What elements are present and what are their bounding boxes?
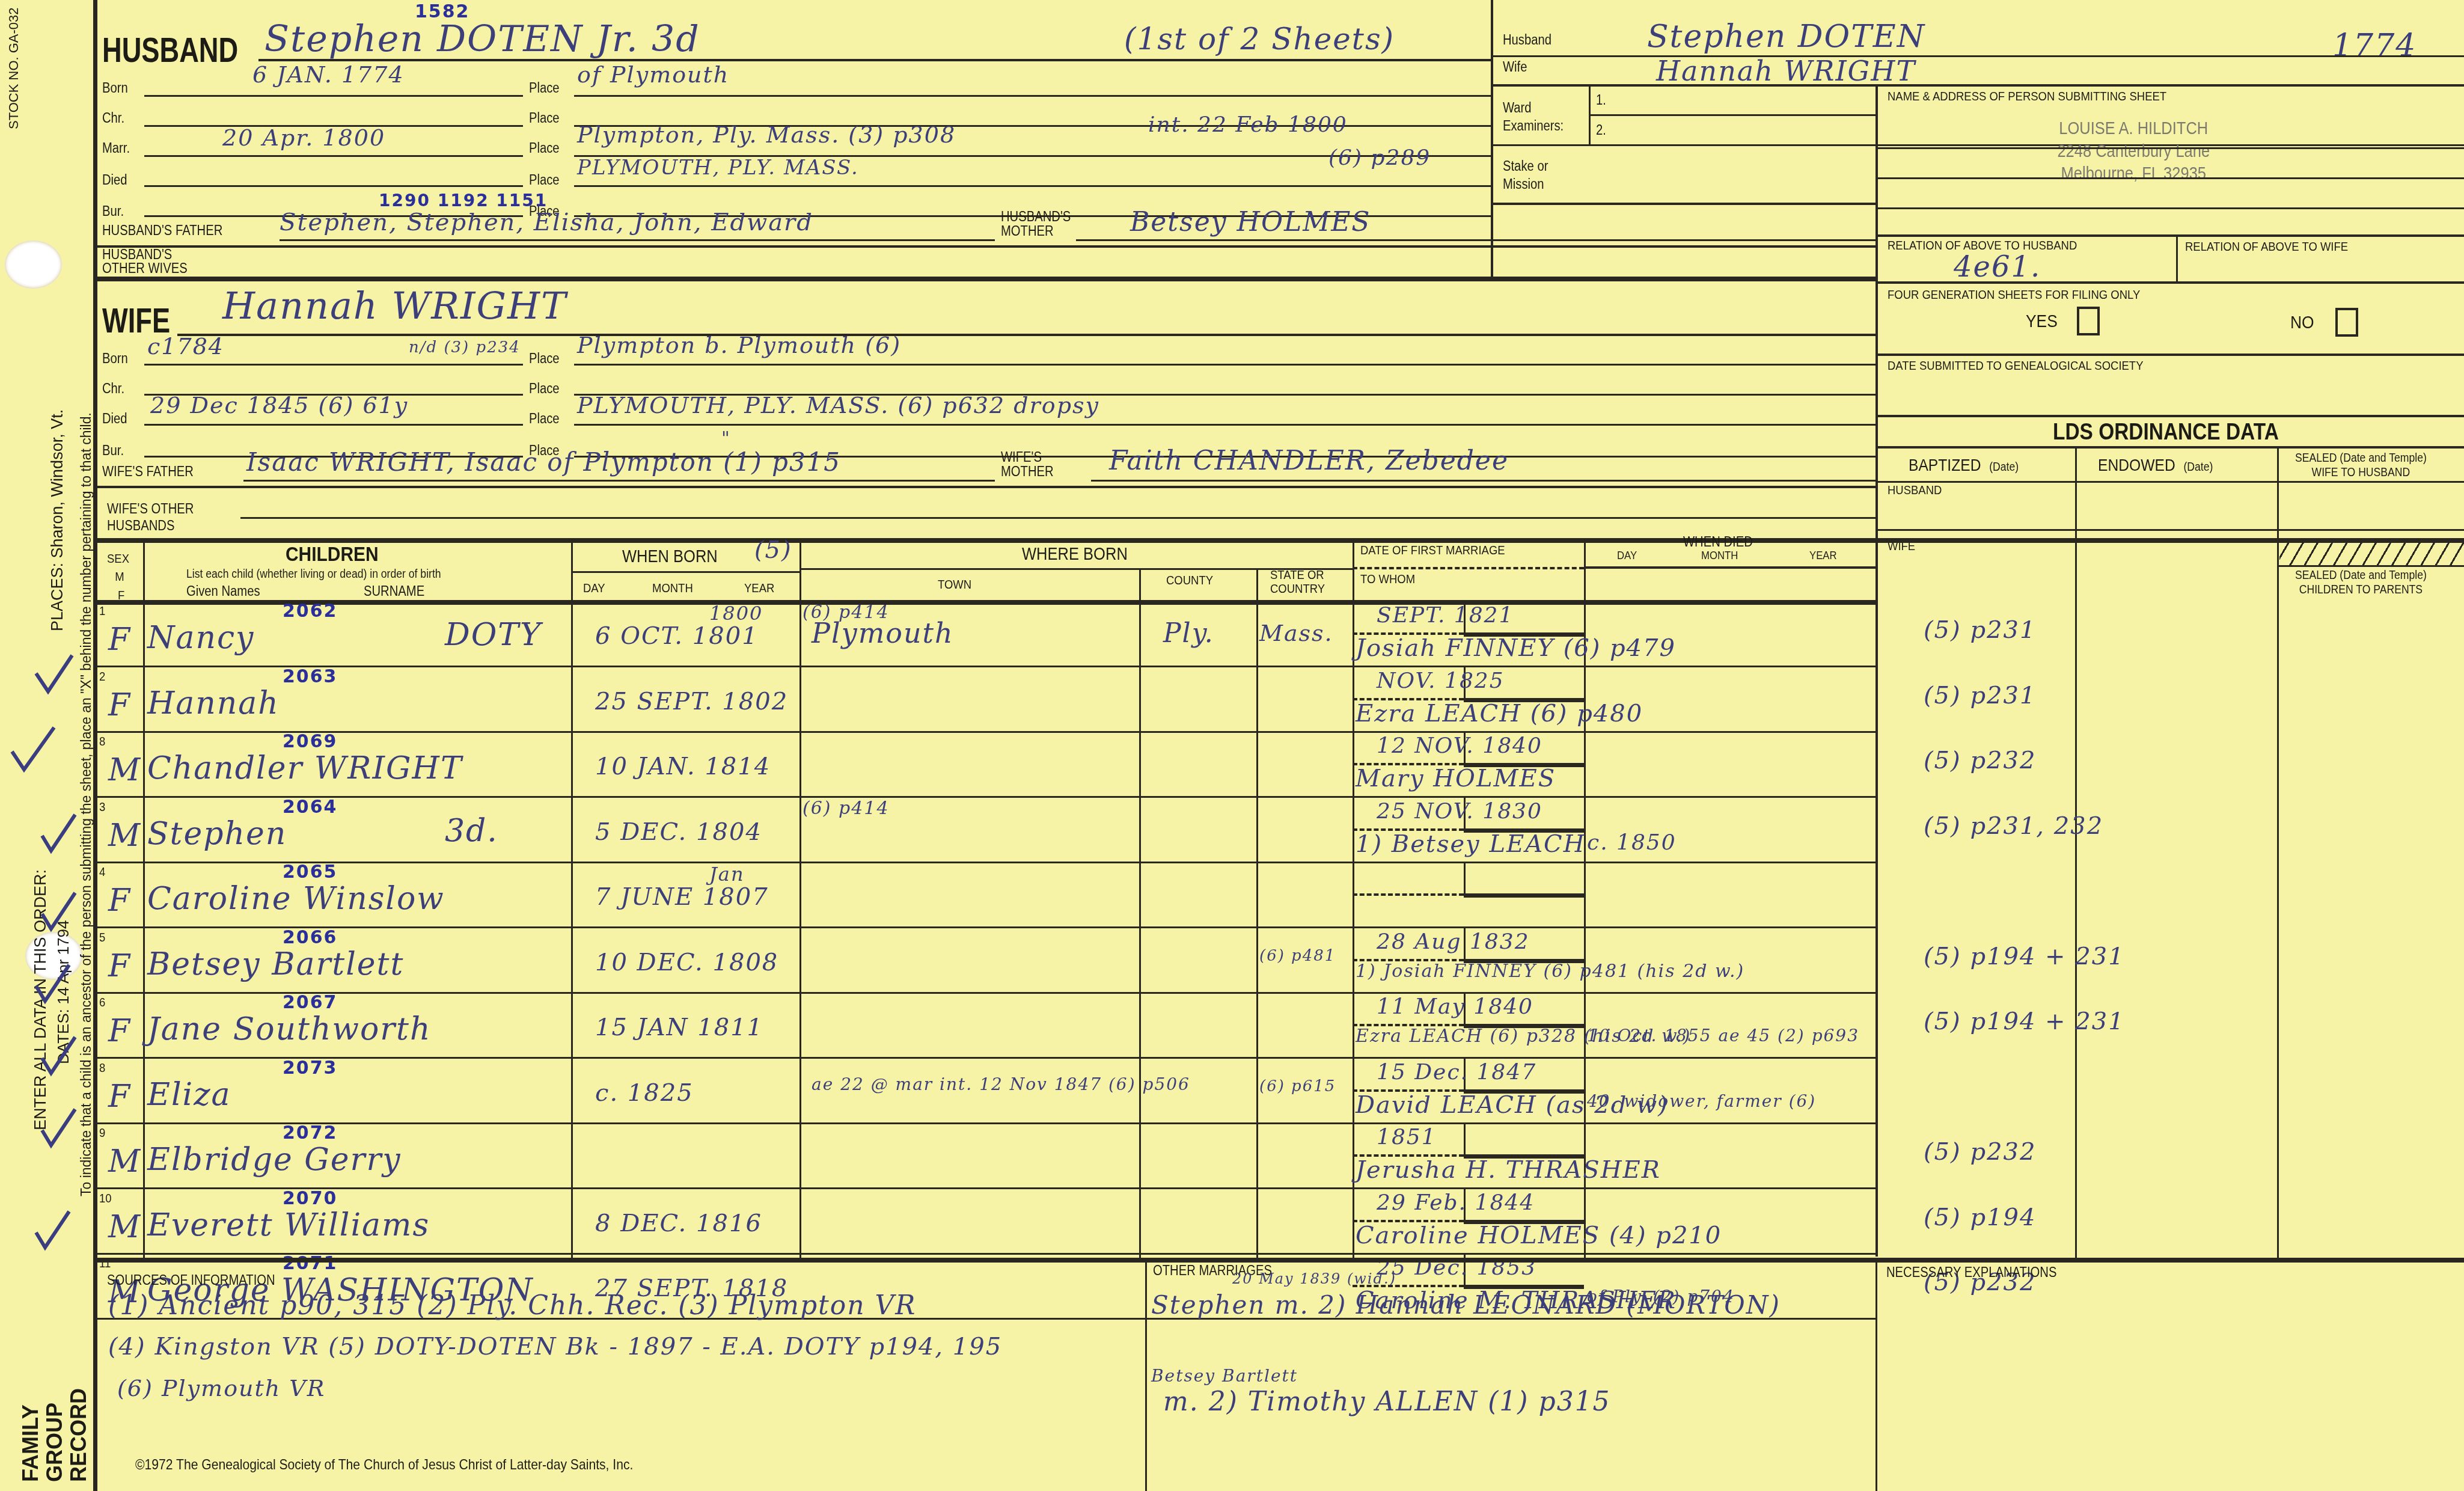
husband-father[interactable]: Stephen, Stephen, Elisha, John, Edward [280, 210, 813, 234]
wife-other-husbands-label: WIFE'S OTHERHUSBANDS [107, 501, 194, 534]
child-sex[interactable]: M [108, 820, 141, 851]
died-day-header: DAY [1617, 550, 1637, 562]
born-year-header: YEAR [744, 582, 774, 595]
sources-line-2[interactable]: (4) Kingston VR (5) DOTY-DOTEN Bk - 1897… [108, 1335, 1002, 1359]
husband-heading: HUSBAND [102, 33, 238, 68]
children-header: CHILDREN [286, 544, 379, 565]
wife-died-label: Died [102, 412, 127, 426]
child-sex[interactable]: F [108, 690, 131, 721]
children-instruction: List each child (whether living or dead)… [186, 568, 441, 580]
wife-died-place[interactable]: PLYMOUTH, PLY. MASS. (6) p632 dropsy [577, 394, 1099, 417]
places-note: PLACES: Sharon, Windsor, Vt. [48, 409, 67, 631]
husband-other-wives-label: HUSBAND'SOTHER WIVES [102, 248, 188, 275]
husband-born-date[interactable]: 6 JAN. 1774 [252, 63, 405, 86]
child-spouse[interactable]: Jerusha H. THRASHER [1356, 1158, 1661, 1182]
child-born-date[interactable]: 6 OCT. 1801 [595, 624, 759, 648]
husband-died-label: Died [102, 173, 127, 187]
child-born-town[interactable]: Plymouth [812, 619, 954, 647]
husband-born-label: Born [102, 81, 128, 95]
child-marriage-date[interactable]: 12 NOV. 1840 [1377, 735, 1542, 757]
child-marriage-date[interactable]: 1851 [1377, 1127, 1437, 1148]
baptized-header: BAPTIZED (Date) [1909, 457, 2019, 474]
child-marriage-date[interactable]: 29 Feb. 1844 [1377, 1192, 1535, 1214]
summary-husband-label: Husband [1503, 33, 1551, 47]
wife-died-date[interactable]: 29 Dec 1845 (6) 61y [150, 394, 408, 417]
child-ordinance-baptized[interactable]: (5) p194 [1924, 1205, 2036, 1229]
child-given-name[interactable]: Nancy [147, 622, 255, 654]
child-number: 4 [99, 866, 105, 878]
born-day-header: DAY [583, 582, 605, 595]
husband-mother-label: HUSBAND'SMOTHER [1001, 209, 1071, 238]
child-ordinance-baptized[interactable]: (5) p231 [1924, 684, 2036, 708]
died-year-header: YEAR [1809, 550, 1837, 562]
husband-marr-note: int. 22 Feb 1800 [1148, 114, 1348, 136]
child-born-county[interactable]: Ply. [1163, 620, 1214, 647]
child-number: 9 [99, 1127, 105, 1139]
child-ordinance-baptized[interactable]: (5) p194 + 231 [1924, 1009, 2125, 1033]
child-number: 2 [99, 670, 105, 683]
child-given-name[interactable]: Betsey Bartlett [147, 949, 404, 980]
when-died-header: WHEN DIED [1683, 535, 1753, 549]
place-label: Place [529, 81, 560, 95]
to-whom-header: TO WHOM [1360, 573, 1415, 586]
child-born-date[interactable]: 8 DEC. 1816 [595, 1211, 762, 1235]
child-born-date[interactable]: 7 JUNE 1807 [595, 885, 769, 909]
child-marriage-date[interactable]: 15 Dec. 1847 [1377, 1062, 1536, 1083]
form-left-border [93, 0, 97, 1491]
submitter-label: NAME & ADDRESS OF PERSON SUBMITTING SHEE… [1888, 90, 2166, 103]
child-born-date[interactable]: 10 DEC. 1808 [595, 951, 778, 975]
child-spouse[interactable]: Ezra LEACH (6) p480 [1356, 702, 1643, 726]
wife-born-date[interactable]: c1784 [147, 335, 224, 358]
other-marriage-2-name: Betsey Bartlett [1151, 1368, 1298, 1385]
surname-header: SURNAME [364, 584, 424, 598]
child-born-alt: Jan [709, 865, 745, 884]
child-born-alt: 1800 [709, 604, 763, 623]
summary-husband-value: Stephen DOTEN [1647, 21, 1925, 52]
stake-mission-label: Stake or Mission [1503, 158, 1548, 194]
child-born-date[interactable]: 5 DEC. 1804 [595, 820, 762, 844]
when-born-header: WHEN BORN [622, 548, 718, 566]
child-sex[interactable]: F [108, 885, 131, 916]
child-born-state[interactable]: Mass. [1259, 622, 1333, 644]
born-month-header: MONTH [652, 582, 693, 595]
summary-wife-label: Wife [1503, 60, 1527, 74]
child-sex[interactable]: M [108, 755, 141, 786]
husband-marr-place[interactable]: Plympton, Ply. Mass. (3) p308 [577, 123, 956, 146]
ward-examiners-label: Ward Examiners: [1503, 99, 1564, 135]
child-born-date[interactable]: 10 JAN. 1814 [595, 755, 771, 779]
ordinance-title: LDS ORDINANCE DATA [2053, 421, 2279, 444]
child-marriage-date[interactable]: SEPT. 1821 [1377, 605, 1514, 626]
wife-born-note: n/d (3) p234 [409, 340, 521, 355]
child-ordinance-baptized[interactable]: (5) p231, 232 [1924, 814, 2103, 838]
four-gen-label: FOUR GENERATION SHEETS FOR FILING ONLY [1888, 289, 2140, 301]
sources-line-1[interactable]: (1) Ancient p90, 315 (2) Ply. Chh. Rec. … [108, 1293, 917, 1319]
husband-chr-label: Chr. [102, 111, 124, 125]
child-given-name[interactable]: Everett Williams [147, 1210, 430, 1241]
endowed-header: ENDOWED (Date) [2098, 457, 2213, 474]
wife-father[interactable]: Isaac WRIGHT, Isaac of Plympton (1) p315 [246, 450, 841, 475]
state-header: STATE ORCOUNTRY [1270, 568, 1325, 596]
sealed-children-header: SEALED (Date and Temple)CHILDREN TO PARE… [2295, 568, 2427, 597]
child-note: (6) p414 [802, 800, 890, 818]
child-sex[interactable]: F [108, 1015, 131, 1047]
ward-examiner-1[interactable]: 1. [1596, 93, 1606, 107]
child-died[interactable]: 10 Oct. 1855 ae 45 (2) p693 [1587, 1027, 1859, 1044]
no-checkbox[interactable] [2335, 308, 2358, 337]
place-label: Place [529, 412, 560, 426]
husband-mother[interactable]: Betsey HOLMES [1130, 209, 1371, 236]
child-sex[interactable]: M [108, 1146, 141, 1177]
town-header: TOWN [938, 578, 971, 591]
when-born-note: (5) [754, 538, 792, 562]
submitter-stamp: LOUISE A. HILDITCH 2248 Canterbury Lane … [2057, 117, 2210, 185]
checkmark-annotations [0, 601, 108, 1323]
child-born-date[interactable]: c. 1825 [595, 1081, 694, 1105]
child-number: 8 [99, 1062, 105, 1074]
child-born-date[interactable]: 15 JAN 1811 [595, 1015, 763, 1039]
punch-hole-top [5, 240, 62, 289]
child-surname[interactable]: 3d. [445, 815, 498, 847]
child-number: 1 [99, 605, 105, 617]
husband-bur-label: Bur. [102, 204, 124, 218]
child-born-state[interactable]: (6) p615 [1259, 1079, 1336, 1094]
child-id: 2072 [283, 1124, 338, 1142]
child-number: 3 [99, 801, 105, 813]
child-sex[interactable]: F [108, 951, 131, 982]
wife-bur-label: Bur. [102, 444, 124, 458]
wife-mother-label: WIFE'SMOTHER [1001, 450, 1054, 479]
sources-label: SOURCES OF INFORMATION [107, 1273, 275, 1287]
wife-born-label: Born [102, 352, 128, 366]
child-spouse[interactable]: Josiah FINNEY (6) p479 [1356, 636, 1676, 660]
child-ordinance-baptized[interactable]: (5) p194 + 231 [1924, 945, 2125, 969]
child-given-name[interactable]: Caroline Winslow [147, 883, 445, 914]
relation-husband-value[interactable]: 4e61. [1954, 253, 2041, 281]
where-born-header: WHERE BORN [1022, 546, 1128, 563]
child-id: 2067 [283, 994, 338, 1012]
child-ordinance-baptized[interactable]: (5) p232 [1924, 749, 2036, 773]
child-born-town[interactable]: ae 22 @ mar int. 12 Nov 1847 (6) p506 [812, 1076, 1190, 1093]
sources-line-3[interactable]: (6) Plymouth VR [117, 1377, 325, 1400]
child-spouse[interactable]: Mary HOLMES [1356, 767, 1556, 791]
child-spouse[interactable]: Caroline HOLMES (4) p210 [1356, 1223, 1722, 1248]
child-number: 10 [99, 1192, 112, 1205]
child-id: 2066 [283, 929, 338, 947]
yes-label: YES [2026, 313, 2058, 331]
county-header: COUNTY [1166, 574, 1213, 587]
place-label: Place [529, 352, 560, 366]
copyright: ©1972 The Genealogical Society of The Ch… [135, 1458, 633, 1472]
child-id: 2063 [283, 668, 338, 686]
child-spouse[interactable]: 1) Betsey LEACH [1356, 832, 1586, 856]
sheet-note: (1st of 2 Sheets) [1124, 24, 1395, 54]
husband-born-place[interactable]: of Plymouth [577, 63, 729, 86]
child-id: 2073 [283, 1059, 338, 1077]
relation-wife-label: RELATION OF ABOVE TO WIFE [2185, 240, 2348, 253]
husband-father-ids: 1290 1192 1151 [379, 192, 548, 209]
given-names-header: Given Names [186, 584, 260, 598]
child-given-name[interactable]: Jane Southworth [147, 1014, 432, 1045]
child-sex[interactable]: M [108, 1211, 141, 1243]
husband-marr-date[interactable]: 20 Apr. 1800 [222, 126, 385, 149]
child-id: 2064 [283, 798, 338, 816]
child-born-date[interactable]: 25 SEPT. 1802 [595, 690, 788, 714]
stock-number: STOCK NO. GA-032 [6, 7, 22, 129]
child-given-name[interactable]: Eliza [147, 1079, 231, 1110]
sex-header: SEX M F [107, 550, 129, 605]
child-number: 5 [99, 931, 105, 944]
child-given-name[interactable]: Chandler WRIGHT [147, 753, 463, 784]
wife-mother[interactable]: Faith CHANDLER, Zebedee [1109, 448, 1509, 474]
husband-id: 1582 [415, 3, 470, 21]
husband-died-place[interactable]: PLYMOUTH, PLY. MASS. [577, 158, 859, 178]
child-marriage-date[interactable]: 28 Aug 1832 [1377, 931, 1530, 953]
child-number: 8 [99, 735, 105, 748]
child-number: 6 [99, 996, 105, 1009]
place-label: Place [529, 173, 560, 187]
child-id: 2070 [283, 1190, 338, 1208]
ordinance-husband-label: HUSBAND [1888, 484, 1942, 497]
child-sex[interactable]: F [108, 624, 131, 655]
husband-marr-label: Marr. [102, 141, 130, 155]
explanations-label: NECESSARY EXPLANATIONS [1886, 1266, 2056, 1279]
child-died[interactable]: 40, widower, farmer (6) [1587, 1093, 1816, 1110]
died-month-header: MONTH [1701, 550, 1738, 562]
no-label: NO [2290, 314, 2314, 332]
child-ordinance-baptized[interactable]: (5) p232 [1924, 1140, 2036, 1164]
child-born-state[interactable]: (6) p481 [1259, 948, 1336, 964]
wife-bur-place[interactable]: " [721, 430, 731, 448]
child-died[interactable]: c. 1850 [1587, 832, 1677, 854]
husband-father-label: HUSBAND'S FATHER [102, 224, 222, 237]
other-marriage-date: 20 May 1839 (wid.) [1232, 1272, 1396, 1286]
place-label: Place [529, 111, 560, 125]
other-marriage-2[interactable]: m. 2) Timothy ALLEN (1) p315 [1163, 1389, 1611, 1415]
sealed-wife-header: SEALED (Date and Temple)WIFE TO HUSBAND [2295, 451, 2427, 480]
yes-checkbox[interactable] [2077, 307, 2100, 335]
other-marriage-1[interactable]: Stephen m. 2) Hannah LEONARD (MORTON) [1151, 1293, 1781, 1318]
place-label: Place [529, 141, 560, 155]
husband-died-note: (6) p289 [1328, 147, 1431, 169]
child-sex[interactable]: F [108, 1081, 131, 1112]
child-surname[interactable]: DOTY [445, 619, 542, 651]
ward-examiner-2[interactable]: 2. [1596, 123, 1606, 137]
place-label: Place [529, 382, 560, 396]
child-given-name[interactable]: Elbridge Gerry [147, 1144, 402, 1175]
child-spouse[interactable]: 1) Josiah FINNEY (6) p481 (his 2d w.) [1356, 963, 1744, 981]
husband-name[interactable]: Stephen DOTEN Jr. 3d [264, 21, 700, 57]
child-marriage-date[interactable]: 11 May 1840 [1377, 996, 1533, 1018]
date-submitted-label: DATE SUBMITTED TO GENEALOGICAL SOCIETY [1888, 360, 2143, 372]
wife-name[interactable]: Hannah WRIGHT [222, 287, 567, 325]
wife-chr-label: Chr. [102, 382, 124, 396]
child-marriage-date[interactable]: 25 NOV. 1830 [1377, 801, 1542, 822]
child-given-name[interactable]: Hannah [147, 688, 280, 719]
child-id: 2069 [283, 733, 338, 751]
child-id: 2062 [283, 602, 338, 620]
child-id: 2065 [283, 863, 338, 881]
first-marriage-header: DATE OF FIRST MARRIAGE [1360, 544, 1505, 557]
child-ordinance-baptized[interactable]: (5) p231 [1924, 618, 2036, 642]
child-given-name[interactable]: Stephen [147, 818, 287, 850]
child-marriage-date[interactable]: NOV. 1825 [1377, 670, 1505, 692]
summary-wife-value: Hannah WRIGHT [1656, 57, 1916, 85]
wife-father-label: WIFE'S FATHER [102, 465, 194, 479]
wife-born-place[interactable]: Plympton b. Plymouth (6) [577, 334, 901, 357]
